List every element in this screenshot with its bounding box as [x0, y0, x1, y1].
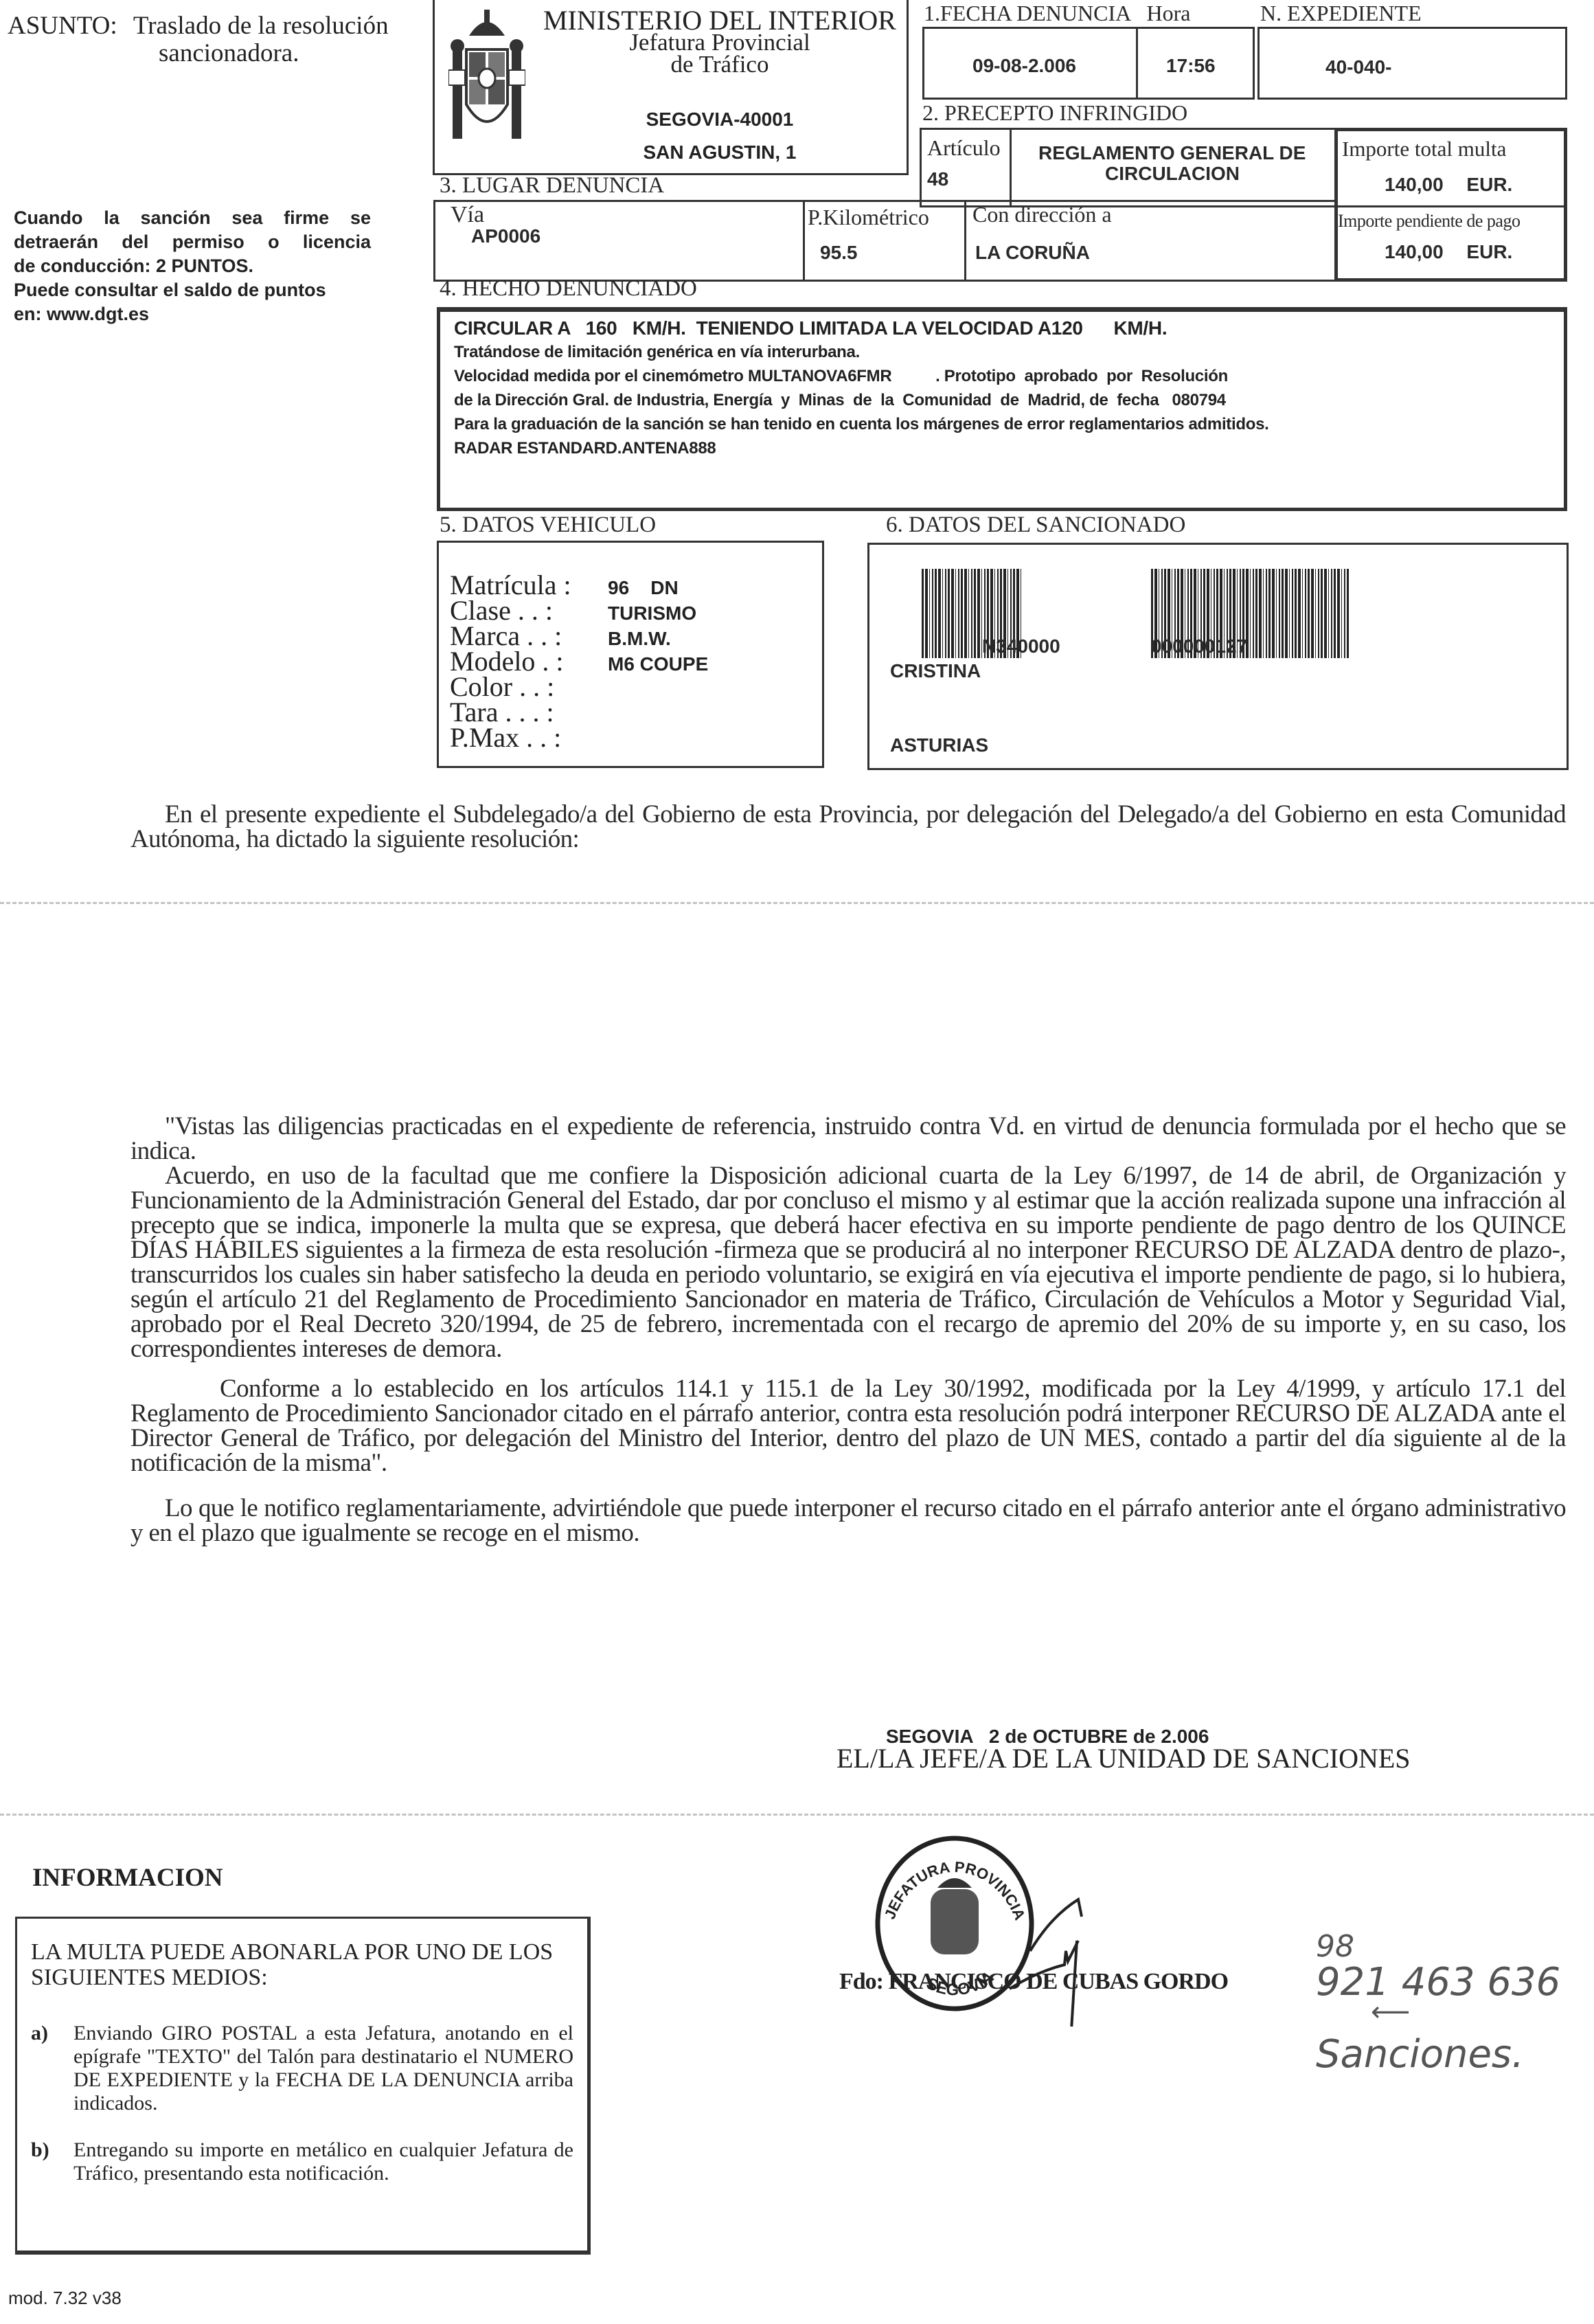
asunto-label: ASUNTO: — [8, 12, 117, 40]
points-note: Cuando la sanción sea firme sedetraerán … — [14, 206, 371, 326]
payment-method-item: b)Entregando su importe en metálico en c… — [31, 2139, 573, 2185]
points-note-line: de conducción: 2 PUNTOS. — [14, 254, 371, 278]
fecha-value: 09-08-2.006 — [972, 55, 1076, 77]
sancionado-name: CRISTINA — [890, 660, 981, 682]
hecho-line: Tratándose de limitación genérica en vía… — [454, 340, 1269, 364]
importe-pendiente-label: Importe pendiente de pago — [1338, 211, 1520, 232]
reglamento-line2: CIRCULACION — [1105, 163, 1240, 185]
importe-total-label: Importe total multa — [1342, 137, 1506, 161]
reglamento-line1: REGLAMENTO GENERAL DE — [1038, 142, 1306, 164]
resolution-p2: Acuerdo, en uso de la facultad que me co… — [130, 1164, 1566, 1362]
sancionado-box: N340000 000000127 CRISTINA ASTURIAS — [867, 543, 1569, 770]
importe-box: Importe total multa 140,00 EUR. Importe … — [1334, 128, 1567, 282]
sancionado-province: ASTURIAS — [890, 734, 988, 756]
asunto: ASUNTO: Traslado de la resolución sancio… — [8, 12, 389, 67]
signed-by: Fdo: FRANCISCO DE CUBAS GORDO — [839, 1969, 1228, 1995]
hecho-line: de la Dirección Gral. de Industria, Ener… — [454, 388, 1269, 412]
precepto-box: Artículo 48 REGLAMENTO GENERAL DE CIRCUL… — [920, 128, 1336, 207]
handwritten-note: 98 921 463 636 ⟵ Sanciones. — [1316, 1929, 1560, 2077]
resolution-p3: Conforme a lo establecido en los artícul… — [130, 1377, 1566, 1476]
payment-method-text: Entregando su importe en metálico en cua… — [73, 2139, 573, 2185]
info-title: INFORMACION — [32, 1863, 223, 1893]
expediente-label: N. EXPEDIENTE — [1260, 1, 1422, 26]
vehicle-field-value: TURISMO — [608, 602, 696, 624]
vehicle-field-value: M6 COUPE — [608, 653, 708, 675]
payment-method-marker: b) — [31, 2139, 73, 2185]
fecha-label: 1.FECHA DENUNCIA Hora — [924, 1, 1190, 26]
asunto-text: Traslado de la resolución — [133, 12, 389, 40]
importe-pendiente-value: 140,00 EUR. — [1385, 241, 1512, 263]
articulo-value: 48 — [927, 168, 948, 190]
hecho-line: CIRCULAR A 160 KM/H. TENIENDO LIMITADA L… — [454, 316, 1269, 340]
form-code: mod. 7.32 v38 — [8, 2288, 122, 2309]
vehicle-field-value: 96 DN — [608, 577, 679, 599]
ministry-header: MINISTERIO DEL INTERIOR Jefatura Provinc… — [433, 0, 909, 175]
articulo-label: Artículo — [927, 135, 1001, 161]
pk-value: 95.5 — [820, 242, 858, 264]
signatory-role: EL/LA JEFE/A DE LA UNIDAD DE SANCIONES — [836, 1742, 1411, 1774]
via-label: Vía — [451, 202, 484, 228]
hora-value: 17:56 — [1166, 55, 1216, 77]
sancionado-label: 6. DATOS DEL SANCIONADO — [886, 512, 1185, 538]
via-value: AP0006 — [471, 225, 540, 247]
direccion-label: Con dirección a — [972, 202, 1112, 227]
hecho-label: 4. HECHO DENUNCIADO — [440, 276, 697, 302]
info-box: LA MULTA PUEDE ABONARLA POR UNO DE LOS S… — [15, 1917, 591, 2255]
asunto-text-2: sancionadora. — [159, 40, 389, 67]
fold-line-2 — [0, 1814, 1594, 1816]
vehicle-field-value: B.M.W. — [608, 628, 671, 650]
vehiculo-box: Matrícula :96 DNClase . . :TURISMOMarca … — [437, 541, 824, 768]
hecho-line: RADAR ESTANDARD.ANTENA888 — [454, 436, 1269, 460]
precepto-label: 2. PRECEPTO INFRINGIDO — [922, 100, 1187, 126]
hora-label: Hora — [1146, 1, 1190, 25]
resolution-text: "Vistas las diligencias practicadas en e… — [130, 1114, 1566, 1546]
payment-method-marker: a) — [31, 2022, 73, 2115]
expediente-value: 40-040- — [1325, 56, 1392, 78]
importe-total-value: 140,00 EUR. — [1385, 174, 1512, 196]
points-note-line: detraerán del permiso o licencia — [14, 230, 371, 254]
vehicle-field-key: P.Max . . : — [450, 721, 608, 754]
hecho-box: CIRCULAR A 160 KM/H. TENIENDO LIMITADA L… — [437, 307, 1567, 511]
barcode-2-text: 000000127 — [1151, 635, 1247, 657]
resolution-p1: "Vistas las diligencias practicadas en e… — [130, 1114, 1566, 1164]
coat-of-arms-icon — [448, 8, 525, 146]
points-note-line: Puede consultar el saldo de puntos — [14, 278, 371, 302]
intro-paragraph: En el presente expediente el Subdelegado… — [130, 802, 1566, 852]
direccion-value: LA CORUÑA — [975, 242, 1090, 264]
official-stamp-icon: JEFATURA PROVINCIAL DE TRAFICO SEGOVIA — [872, 1834, 1119, 2027]
vehicle-field-row: Matrícula :96 DN — [450, 569, 708, 594]
points-note-line: en: www.dgt.es — [14, 302, 371, 326]
lugar-label: 3. LUGAR DENUNCIA — [440, 173, 664, 199]
vehicle-field-row: Tara . . . : — [450, 696, 708, 721]
hecho-line: Velocidad medida por el cinemómetro MULT… — [454, 364, 1269, 388]
lugar-box: Vía AP0006 P.Kilométrico 95.5 Con direcc… — [433, 200, 1336, 282]
payment-method-text: Enviando GIRO POSTAL a esta Jefatura, an… — [73, 2022, 573, 2115]
office-city: SEGOVIA-40001 — [531, 109, 909, 131]
vehiculo-label: 5. DATOS VEHICULO — [440, 512, 656, 538]
fecha-box: 09-08-2.006 17:56 — [922, 27, 1255, 100]
expediente-box: 40-040- — [1257, 27, 1567, 100]
barcode-1-text: N340000 — [982, 635, 1060, 657]
resolution-p4: Lo que le notifico reglamentariamente, a… — [130, 1496, 1566, 1546]
info-intro: LA MULTA PUEDE ABONARLA POR UNO DE LOS S… — [31, 1939, 573, 1990]
vehicle-field-row: P.Max . . : — [450, 721, 708, 747]
payment-method-item: a)Enviando GIRO POSTAL a esta Jefatura, … — [31, 2022, 573, 2115]
office-line2: de Tráfico — [531, 54, 909, 76]
points-note-line: Cuando la sanción sea firme se — [14, 206, 371, 230]
fold-line-1 — [0, 902, 1594, 904]
office-address: SAN AGUSTIN, 1 — [531, 142, 909, 163]
hecho-line: Para la graduación de la sanción se han … — [454, 412, 1269, 436]
pk-label: P.Kilométrico — [808, 205, 929, 230]
